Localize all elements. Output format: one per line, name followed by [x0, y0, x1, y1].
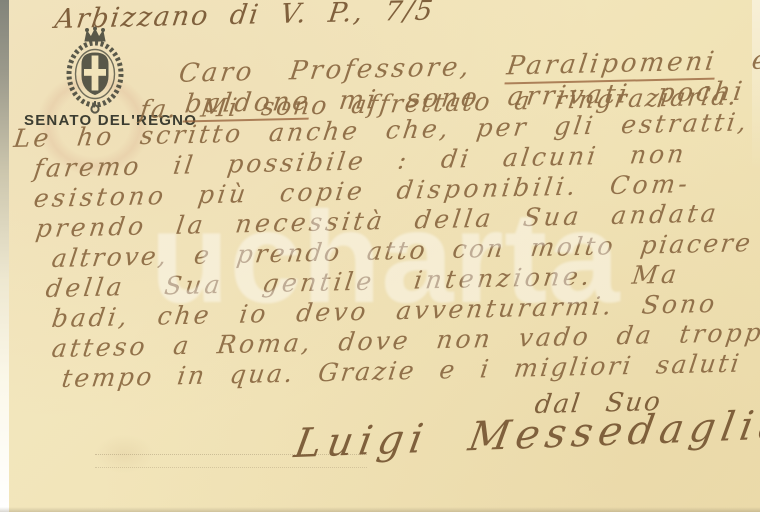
letter-scan: SENATO DEL'REGNO Arbizzano di V. P., 7/5…: [0, 0, 760, 512]
date-line: Arbizzano di V. P., 7/5: [53, 0, 436, 33]
signature: Luigi Messedaglia: [292, 405, 760, 464]
scan-edge-left: [0, 0, 9, 512]
scan-edge-bottom: [0, 507, 760, 512]
